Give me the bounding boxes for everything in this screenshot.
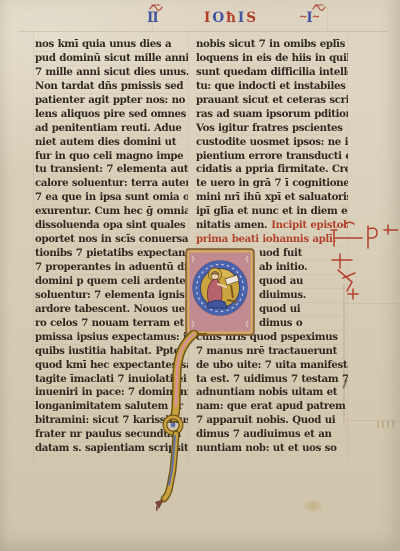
title-letter: S — [246, 10, 258, 26]
text-line: lens aliquos pire sed omnes — [35, 108, 188, 122]
red-flourish-icon — [312, 3, 328, 11]
text-line: te uero in grā 7 ī cognitione do — [196, 177, 348, 191]
chapter-number-text: II — [147, 10, 158, 26]
rubric-line-2: prima beati iohannis aplī: — [196, 233, 348, 247]
text-line: pientium errore transducti ex — [196, 150, 348, 164]
text-line: ras ad suam ipsorum pditionē — [196, 108, 348, 122]
text-line: soluentur: 7 elementa ignis — [35, 289, 188, 303]
text-line: calore soluentur: terra autem — [35, 177, 188, 191]
red-flourish-icon — [149, 3, 165, 11]
text-line: 7 ea que in ipsa sunt omia opa — [35, 191, 188, 205]
initial-tail-flourish — [130, 330, 220, 512]
text-line: ardore tabescent. Nouos ue — [35, 303, 188, 317]
text-line: tionibs 7 pietatibs expectantes — [35, 247, 188, 261]
text-line: exurentur. Cum hec ḡ omnia — [35, 205, 188, 219]
text-line: ipī glīa et nunc et in diem ee — [196, 205, 348, 219]
text-line: prauant sicut et ceteras scriptu — [196, 94, 348, 108]
text-line: domini p quem celi ardentes — [35, 275, 188, 289]
ruling-line — [33, 30, 34, 462]
running-header: II IOħIS ~I~ — [0, 0, 400, 32]
chapter-number-right: ~I~ — [299, 10, 319, 26]
text-line: 7 mille anni sicut dies unus. — [35, 66, 188, 80]
text-line: patienter agit ppter nos: no — [35, 94, 188, 108]
rubric-line: nitatis amen.Incipit epistola — [196, 219, 348, 233]
red-marginalia-note — [328, 212, 400, 300]
text-line: fur in quo celi magno impe — [35, 150, 188, 164]
text-line: mini nrī ihū xpī et saluatoris: — [196, 191, 348, 205]
text-line: nobis sicut 7 in omibs eplīs — [196, 38, 348, 52]
text-line: pud dominū sicut mille anni — [35, 52, 188, 66]
text-line: ro celos 7 nouam terram et — [35, 317, 188, 331]
title-letter: ħ — [226, 10, 238, 26]
ruling-line — [346, 303, 398, 304]
chapter-number-left: II — [147, 10, 158, 26]
manuscript-page: II IOħIS ~I~ nos kmī quia unus dies apud… — [0, 0, 400, 551]
text-line: ad penitentiam reuti. Adue — [35, 122, 188, 136]
text-line: niet autem dies domini ut — [35, 136, 188, 150]
text-line: oportet nos in scīs conuersa — [35, 233, 188, 247]
text-line: Vos igitur fratres pscientes — [196, 122, 348, 136]
running-title: IOħIS — [204, 10, 258, 26]
title-letter: I — [238, 10, 246, 26]
title-letter: O — [212, 10, 226, 26]
text-line: nos kmī quia unus dies a — [35, 38, 188, 52]
text-line: cidatis a ppria firmitate. Cresci — [196, 163, 348, 177]
text-block: nobis sicut 7 in omibs eplīsloquens in e… — [196, 38, 348, 219]
text-line: dissoluenda opa sint quales — [35, 219, 188, 233]
text-line: loquens in eis de hiis in quibs — [196, 52, 348, 66]
text-line: Non tardat dñs pmissis sed — [35, 80, 188, 94]
illuminated-initial-q — [185, 248, 255, 336]
text-line: custodite uosmet ipsos: ne insi — [196, 136, 348, 150]
faded-scribble — [377, 420, 395, 428]
text-line: 7 properantes in aduentū diei — [35, 261, 188, 275]
text-line: tu transient: 7 elementa autē — [35, 163, 188, 177]
red-tilde-ornament: ~ — [312, 12, 319, 23]
text-line: sunt quedam difficilia intellec — [196, 66, 348, 80]
text-run: nitatis amen. — [196, 219, 267, 231]
text-line: tu: que indocti et instabiles de — [196, 80, 348, 94]
